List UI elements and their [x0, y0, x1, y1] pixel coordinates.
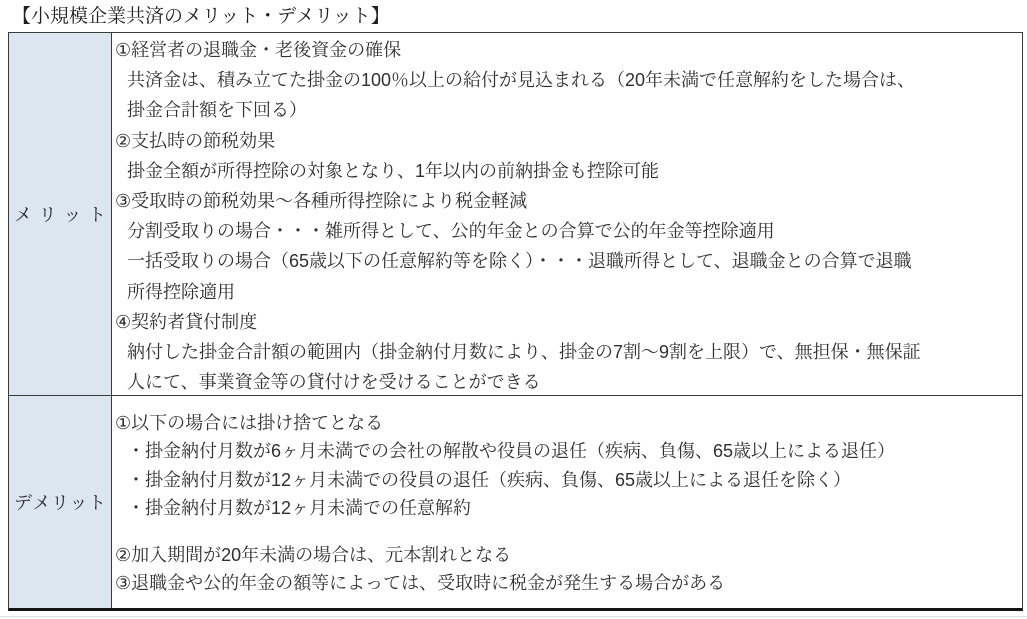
table-row-merit: メリット ①経営者の退職金・老後資金の確保 共済金は、積み立てた掛金の100％以… — [9, 33, 1022, 396]
demerit-line: ・掛金納付月数が6ヶ月未満での会社の解散や役員の退任（疾病、負傷、65歳以上によ… — [115, 437, 1018, 465]
demerit-line: ①以下の場合には掛け捨てとなる — [115, 409, 1018, 437]
demerit-label-cell: デメリット — [9, 396, 112, 608]
merit-line: 所得控除適用 — [115, 277, 1018, 307]
window-bottom-edge — [0, 616, 1027, 617]
demerit-line: ②加入期間が20年未満の場合は、元本割れとなる — [115, 541, 1018, 569]
merit-line: 人にて、事業資金等の貸付けを受けることができる — [115, 367, 1018, 395]
merit-content-cell: ①経営者の退職金・老後資金の確保 共済金は、積み立てた掛金の100％以上の給付が… — [112, 33, 1022, 395]
merit-label: メリット — [9, 201, 111, 227]
merit-line: 共済金は、積み立てた掛金の100％以上の給付が見込まれる（20年未満で任意解約を… — [115, 65, 1018, 95]
merit-line: 掛金合計額を下回る） — [115, 95, 1018, 125]
merit-line: ②支払時の節税効果 — [115, 126, 1018, 156]
merit-line: 一括受取りの場合（65歳以下の任意解約等を除く）・・・退職所得として、退職金との… — [115, 246, 1018, 276]
merit-line: 掛金全額が所得控除の対象となり、1年以内の前納掛金も控除可能 — [115, 156, 1018, 186]
merit-line: ④契約者貸付制度 — [115, 307, 1018, 337]
demerit-line-blank — [115, 523, 1018, 541]
demerit-label: デメリット — [9, 489, 111, 515]
merit-demerit-table: メリット ①経営者の退職金・老後資金の確保 共済金は、積み立てた掛金の100％以… — [8, 32, 1023, 611]
merit-line: ①経営者の退職金・老後資金の確保 — [115, 35, 1018, 65]
page-title: 【小規模企業共済のメリット・デメリット】 — [12, 4, 390, 30]
merit-line: ③受取時の節税効果～各種所得控除により税金軽減 — [115, 186, 1018, 216]
demerit-line: ③退職金や公的年金の額等によっては、受取時に税金が発生する場合がある — [115, 569, 1018, 597]
demerit-line: ・掛金納付月数が12ヶ月未満での役員の退任（疾病、負傷、65歳以上による退任を除… — [115, 466, 1018, 494]
merit-line: 納付した掛金合計額の範囲内（掛金納付月数により、掛金の7割～9割を上限）で、無担… — [115, 337, 1018, 367]
demerit-line: ・掛金納付月数が12ヶ月未満での任意解約 — [115, 494, 1018, 522]
table-row-demerit: デメリット ①以下の場合には掛け捨てとなる ・掛金納付月数が6ヶ月未満での会社の… — [9, 396, 1022, 608]
document-page: { "page": { "title": "【小規模企業共済のメリット・デメリッ… — [0, 0, 1027, 619]
demerit-content-cell: ①以下の場合には掛け捨てとなる ・掛金納付月数が6ヶ月未満での会社の解散や役員の… — [112, 396, 1022, 608]
merit-line: 分割受取りの場合・・・雑所得として、公的年金との合算で公的年金等控除適用 — [115, 216, 1018, 246]
merit-label-cell: メリット — [9, 33, 112, 395]
